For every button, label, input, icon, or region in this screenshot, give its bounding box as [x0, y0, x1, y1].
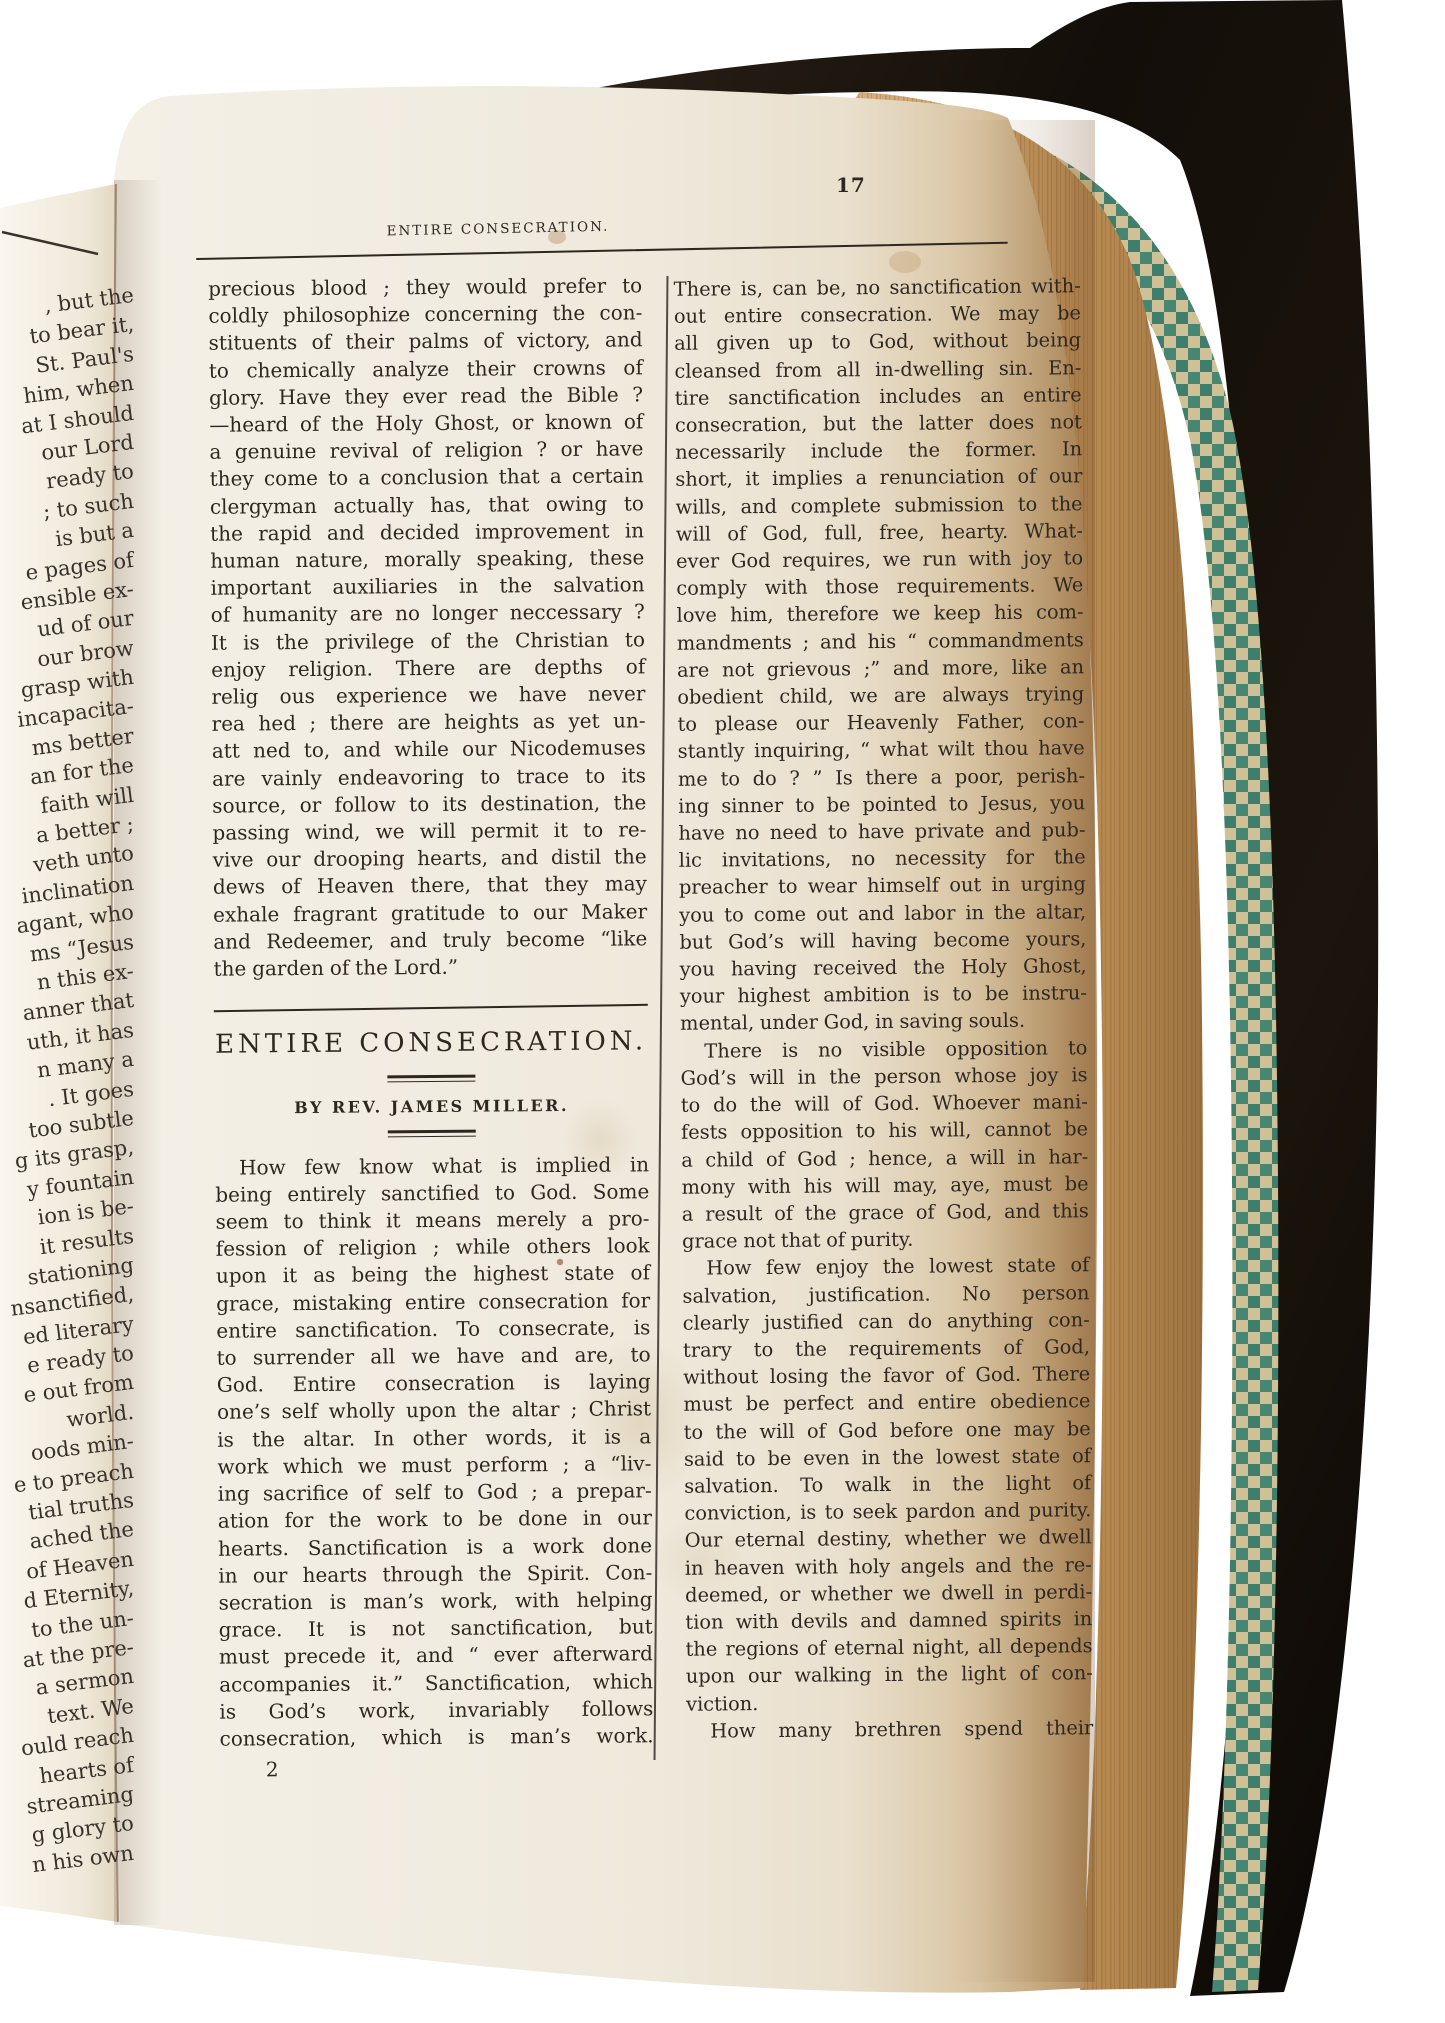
text-line: glory. Have they ever read the Bible ? — [209, 381, 643, 412]
continuation-text: precious blood ; they would prefer tocol… — [208, 272, 648, 983]
text-line: cleansed from all in-dwelling sin. En- — [674, 354, 1081, 385]
text-line: passing wind, we will permit it to re- — [212, 816, 646, 847]
text-line: There is no visible opposition to — [680, 1034, 1087, 1065]
text-line: —heard of the Holy Ghost, or known of — [209, 408, 643, 439]
paragraph: How few enjoy the lowest state ofsalvati… — [682, 1252, 1093, 1718]
text-line: to surrender all we have and are, to — [216, 1341, 650, 1372]
text-line: stituents of their palms of victory, and — [209, 327, 643, 358]
text-line: salvation, justification. No person — [682, 1279, 1089, 1310]
text-line: How few enjoy the lowest state of — [682, 1252, 1089, 1283]
paragraph: There is no visible opposition toGod’s w… — [680, 1034, 1089, 1255]
ornament-rule-bottom — [388, 1130, 476, 1137]
text-line: is the altar. In other words, it is a — [217, 1423, 651, 1454]
book-photo: , but theto bear it,St. Paul'shim, whena… — [0, 0, 1445, 2023]
signature-mark: 2 — [220, 1754, 654, 1781]
text-line: the garden of the Lord.” — [213, 952, 647, 983]
text-line: God. Entire consecration is laying — [217, 1369, 651, 1400]
text-line: a genuine revival of religion ? or have — [209, 436, 643, 467]
text-line: they come to a conclusion that a certain — [210, 463, 644, 494]
text-line: you having received the Holy Ghost, — [680, 952, 1087, 983]
text-line: but God’s will having become yours, — [679, 925, 1086, 956]
text-line: relig ous experience we have never — [211, 680, 645, 711]
text-line: deemed, or whether we dwell in perdi- — [685, 1578, 1092, 1609]
text-line: grace not that of purity. — [682, 1224, 1089, 1255]
text-line: entire sanctification. To consecrate, is — [216, 1314, 650, 1345]
text-line: grace, mistaking entire consecration for — [216, 1287, 650, 1318]
text-line: precious blood ; they would prefer to — [208, 272, 642, 303]
text-line: the regions of eternal night, all depend… — [685, 1632, 1092, 1663]
text-line: will of God, full, free, hearty. What- — [676, 517, 1083, 548]
text-line: exhale fragrant gratitude to our Maker — [213, 898, 647, 929]
text-line: lic invitations, no necessity for the — [679, 843, 1086, 874]
text-line: clearly justified can do anything con- — [683, 1306, 1090, 1337]
article-title: ENTIRE CONSECRATION. — [214, 1026, 648, 1061]
text-line: vive our drooping hearts, and distil the — [213, 844, 647, 875]
text-line: ever God requires, we run with joy to — [676, 544, 1083, 575]
text-line: enjoy religion. There are depths of — [211, 653, 645, 684]
text-line: your highest ambition is to be instru- — [680, 980, 1087, 1011]
text-line: mandments ; and his “ commandments — [677, 626, 1084, 657]
text-line: to chemically analyze their crowns of — [209, 354, 643, 385]
paragraph: precious blood ; they would prefer tocol… — [208, 272, 648, 983]
text-line: work which we must perform ; a “liv- — [217, 1450, 651, 1481]
text-line: me to do ? ” Is there a poor, perish- — [678, 762, 1085, 793]
text-line: fession of religion ; while others look — [216, 1233, 650, 1264]
article-byline: BY REV. JAMES MILLER. — [215, 1095, 649, 1117]
page-number: 17 — [836, 173, 866, 197]
text-line: is God’s work, invariably follows — [219, 1695, 653, 1726]
text-line: to the will of God before one may be — [684, 1415, 1091, 1446]
text-line: one’s self wholly upon the altar ; Chris… — [217, 1396, 651, 1427]
article-text: How few know what is implied inbeing ent… — [215, 1151, 654, 1753]
text-line: in our hearts through the Spirit. Con- — [218, 1559, 652, 1590]
text-line: to do the will of God. Whoever mani- — [681, 1088, 1088, 1119]
text-line: ation for the work to be done in our — [218, 1505, 652, 1536]
paragraph: How few know what is implied inbeing ent… — [215, 1151, 654, 1753]
page-17-content: ENTIRE CONSECRATION. 17 precious blood ;… — [0, 0, 1445, 2023]
text-line: out entire consecration. We may be — [674, 299, 1081, 330]
text-line: secration is man’s work, with helping — [218, 1586, 652, 1617]
text-line: must precede it, and “ ever afterward — [219, 1641, 653, 1672]
text-line: being entirely sanctified to God. Some — [215, 1178, 649, 1209]
section-divider-rule — [214, 1004, 648, 1013]
text-line: are not grievous ;” and more, like an — [677, 653, 1084, 684]
right-column-text: There is, can be, no sanctification with… — [674, 272, 1094, 1744]
text-line: to please our Heavenly Father, con- — [677, 707, 1084, 738]
text-line: It is the privilege of the Christian to — [211, 626, 645, 657]
text-line: you to come out and labor in the altar, — [679, 898, 1086, 929]
text-line: att ned to, and while our Nicodemuses — [212, 735, 646, 766]
text-line: without losing the favor of God. There — [683, 1360, 1090, 1391]
text-line: ing sinner to be pointed to Jesus, you — [678, 789, 1085, 820]
text-line: important auxiliaries in the salvation — [210, 572, 644, 603]
text-line: clergyman actually has, that owing to — [210, 490, 644, 521]
text-line: source, or follow to its destination, th… — [212, 789, 646, 820]
text-line: mony with his will may, aye, must be — [681, 1170, 1088, 1201]
text-line: accompanies it.” Sanctification, which — [219, 1668, 653, 1699]
text-line: How few know what is implied in — [215, 1151, 649, 1182]
text-line: of humanity are no longer neccessary ? — [211, 599, 645, 630]
text-line: conviction, is to seek pardon and purity… — [684, 1496, 1091, 1527]
text-line: short, it implies a renunciation of our — [675, 463, 1082, 494]
text-line: coldly philosophize concerning the con- — [208, 300, 642, 331]
text-line: consecration, but the latter does not — [675, 408, 1082, 439]
text-line: obedient child, we are always trying — [677, 680, 1084, 711]
right-column: There is, can be, no sanctification with… — [674, 272, 1094, 1744]
text-line: wills, and complete submission to the — [675, 490, 1082, 521]
text-line: tion with devils and damned spirits in — [685, 1605, 1092, 1636]
text-line: upon our walking in the light of con- — [686, 1660, 1093, 1691]
text-line: ing sacrifice of self to God ; a prepar- — [218, 1477, 652, 1508]
paragraph: How many brethren spend their — [686, 1714, 1093, 1745]
text-line: a child of God ; hence, a will in har- — [681, 1143, 1088, 1174]
text-line: Our eternal destiny, whether we dwell — [685, 1524, 1092, 1555]
text-line: God’s will in the person whose joy is — [680, 1061, 1087, 1092]
text-line: grace. It is not sanctification, but — [219, 1613, 653, 1644]
text-line: How many brethren spend their — [686, 1714, 1093, 1745]
text-line: tire sanctification includes an entire — [675, 381, 1082, 412]
text-line: necessarily include the former. In — [675, 435, 1082, 466]
text-line: rea hed ; there are heights as yet un- — [212, 708, 646, 739]
text-line: the rapid and decided improvement in — [210, 517, 644, 548]
text-line: are vainly endeavoring to trace to its — [212, 762, 646, 793]
text-line: comply with those requirements. We — [676, 571, 1083, 602]
text-line: mental, under God, in saving souls. — [680, 1007, 1087, 1038]
text-line: must be perfect and entire obedience — [683, 1388, 1090, 1419]
text-line: and Redeemer, and truly become “like — [213, 925, 647, 956]
text-line: preacher to wear himself out in urging — [679, 871, 1086, 902]
text-line: There is, can be, no sanctification with… — [674, 272, 1081, 303]
text-line: love him, therefore we keep his com- — [676, 599, 1083, 630]
text-line: stantly inquiring, “ what wilt thou have — [678, 735, 1085, 766]
text-line: viction. — [686, 1687, 1093, 1718]
column-divider-rule — [654, 276, 669, 1760]
text-line: salvation. To walk in the light of — [684, 1469, 1091, 1500]
text-line: fests opposition to his will, cannot be — [681, 1116, 1088, 1147]
text-line: all given up to God, without being — [674, 327, 1081, 358]
text-line: have no need to have private and pub- — [678, 816, 1085, 847]
paragraph: There is, can be, no sanctification with… — [674, 272, 1088, 1037]
text-line: seem to think it means merely a pro- — [215, 1205, 649, 1236]
ornament-rule-top — [387, 1075, 475, 1082]
header-rule — [196, 242, 1008, 261]
left-column: precious blood ; they would prefer tocol… — [208, 272, 654, 1781]
text-line: in heaven with holy angels and the re- — [685, 1551, 1092, 1582]
text-line: human nature, morally speaking, these — [210, 544, 644, 575]
text-line: trary to the requirements of God, — [683, 1333, 1090, 1364]
text-line: said to be even in the lowest state of — [684, 1442, 1091, 1473]
text-line: dews of Heaven there, that they may — [213, 871, 647, 902]
text-line: a result of the grace of God, and this — [682, 1197, 1089, 1228]
text-line: upon it as being the highest state of — [216, 1260, 650, 1291]
text-line: hearts. Sanctification is a work done — [218, 1532, 652, 1563]
running-head: ENTIRE CONSECRATION. — [367, 218, 629, 239]
text-line: consecration, which is man’s work. — [219, 1722, 653, 1753]
